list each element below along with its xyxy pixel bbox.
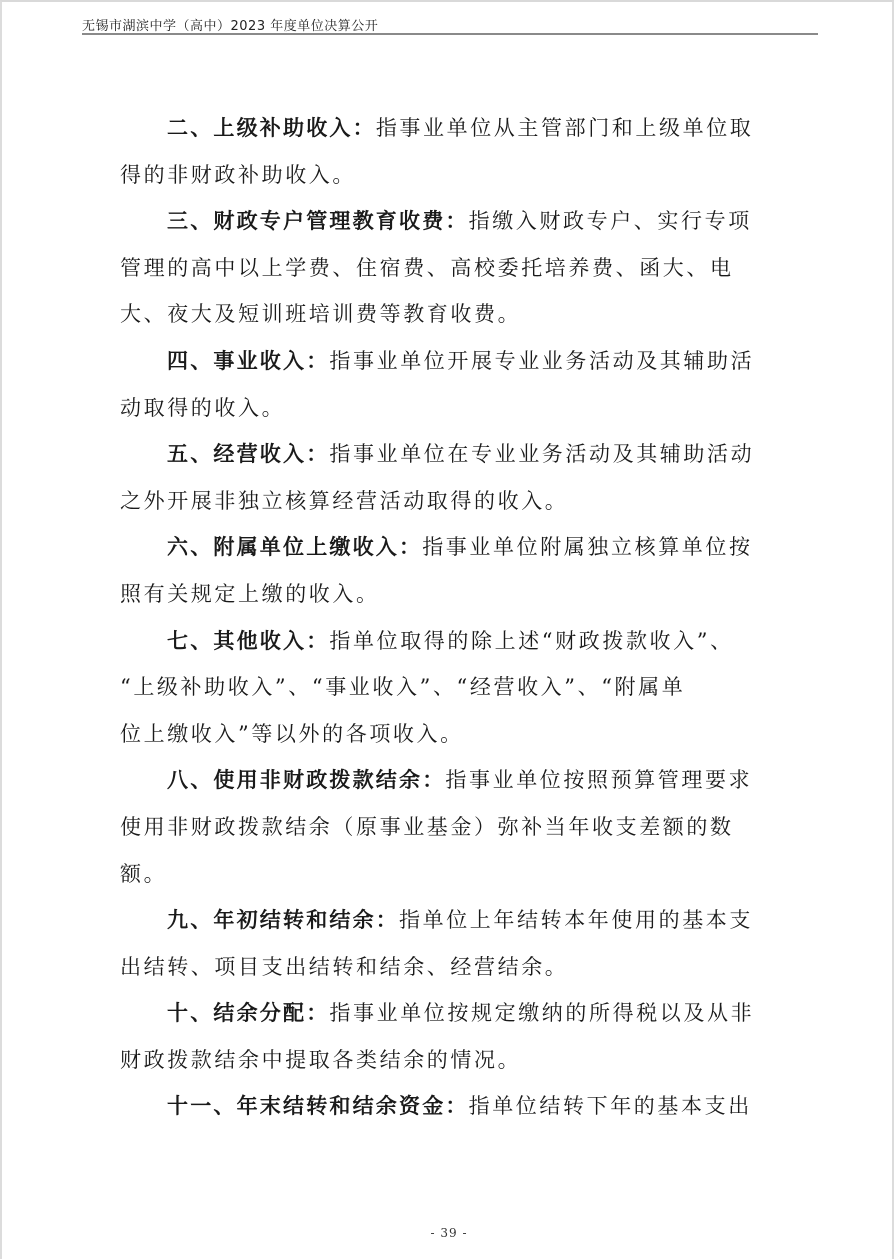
definition-text: 指事业单位开展专业业务活动及其辅助活 [329,349,754,373]
definition-term: 十一、年末结转和结余资金： [167,1094,469,1118]
definition-term: 十、结余分配： [167,1001,329,1025]
paragraph-line: 四、事业收入：指事业单位开展专业业务活动及其辅助活 [120,341,782,388]
definition-text: 指事业单位附属独立核算单位按 [422,535,752,559]
running-header: 无锡市湖滨中学（高中）2023 年度单位决算公开 [82,15,378,34]
paragraph-line: 额。 [120,854,782,901]
definition-text: 指事业单位按照预算管理要求 [445,768,752,792]
definition-term: 九、年初结转和结余： [167,908,399,932]
paragraph-line: 十、结余分配：指事业单位按规定缴纳的所得税以及从非 [120,993,782,1040]
definition-term: 五、经营收入： [167,442,329,466]
paragraph-line: 八、使用非财政拨款结余：指事业单位按照预算管理要求 [120,760,782,807]
header-divider [82,33,818,35]
paragraph-line: 得的非财政补助收入。 [120,155,782,202]
definition-term: 三、财政专户管理教育收费： [167,209,469,233]
definition-term: 六、附属单位上缴收入： [167,535,422,559]
paragraph-line: 照有关规定上缴的收入。 [120,574,782,621]
paragraph-line: 出结转、项目支出结转和结余、经营结余。 [120,947,782,994]
definition-term: 七、其他收入： [167,629,329,653]
paragraph-line: 十一、年末结转和结余资金：指单位结转下年的基本支出 [120,1086,782,1133]
paragraph-line: 三、财政专户管理教育收费：指缴入财政专户、实行专项 [120,201,782,248]
paragraph-line: 管理的高中以上学费、住宿费、高校委托培养费、函大、电 [120,248,782,295]
paragraph-line: 动取得的收入。 [120,388,782,435]
definition-text: 指单位结转下年的基本支出 [469,1094,752,1118]
page-number: - 39 - [2,1226,894,1240]
document-page: 无锡市湖滨中学（高中）2023 年度单位决算公开 二、上级补助收入：指事业单位从… [0,0,894,1259]
definition-term: 四、事业收入： [167,349,329,373]
paragraph-line: 二、上级补助收入：指事业单位从主管部门和上级单位取 [120,108,782,155]
document-body: 二、上级补助收入：指事业单位从主管部门和上级单位取 得的非财政补助收入。 三、财… [120,108,782,1133]
definition-term: 二、上级补助收入： [167,116,376,140]
paragraph-line: “上级补助收入”、“事业收入”、“经营收入”、“附属单 [120,667,782,714]
definition-text: 指事业单位从主管部门和上级单位取 [376,116,754,140]
paragraph-line: 大、夜大及短训班培训费等教育收费。 [120,294,782,341]
paragraph-line: 之外开展非独立核算经营活动取得的收入。 [120,481,782,528]
paragraph-line: 财政拨款结余中提取各类结余的情况。 [120,1040,782,1087]
paragraph-line: 使用非财政拨款结余（原事业基金）弥补当年收支差额的数 [120,807,782,854]
paragraph-line: 七、其他收入：指单位取得的除上述“财政拨款收入”、 [120,621,782,668]
definition-text: 指单位上年结转本年使用的基本支 [399,908,753,932]
paragraph-line: 位上缴收入”等以外的各项收入。 [120,714,782,761]
definition-text: 指缴入财政专户、实行专项 [469,209,752,233]
definition-text: 指单位取得的除上述“财政拨款收入”、 [329,629,733,653]
definition-term: 八、使用非财政拨款结余： [167,768,445,792]
definition-text: 指事业单位按规定缴纳的所得税以及从非 [329,1001,754,1025]
definition-text: 指事业单位在专业业务活动及其辅助活动 [329,442,754,466]
paragraph-line: 九、年初结转和结余：指单位上年结转本年使用的基本支 [120,900,782,947]
paragraph-line: 五、经营收入：指事业单位在专业业务活动及其辅助活动 [120,434,782,481]
paragraph-line: 六、附属单位上缴收入：指事业单位附属独立核算单位按 [120,527,782,574]
